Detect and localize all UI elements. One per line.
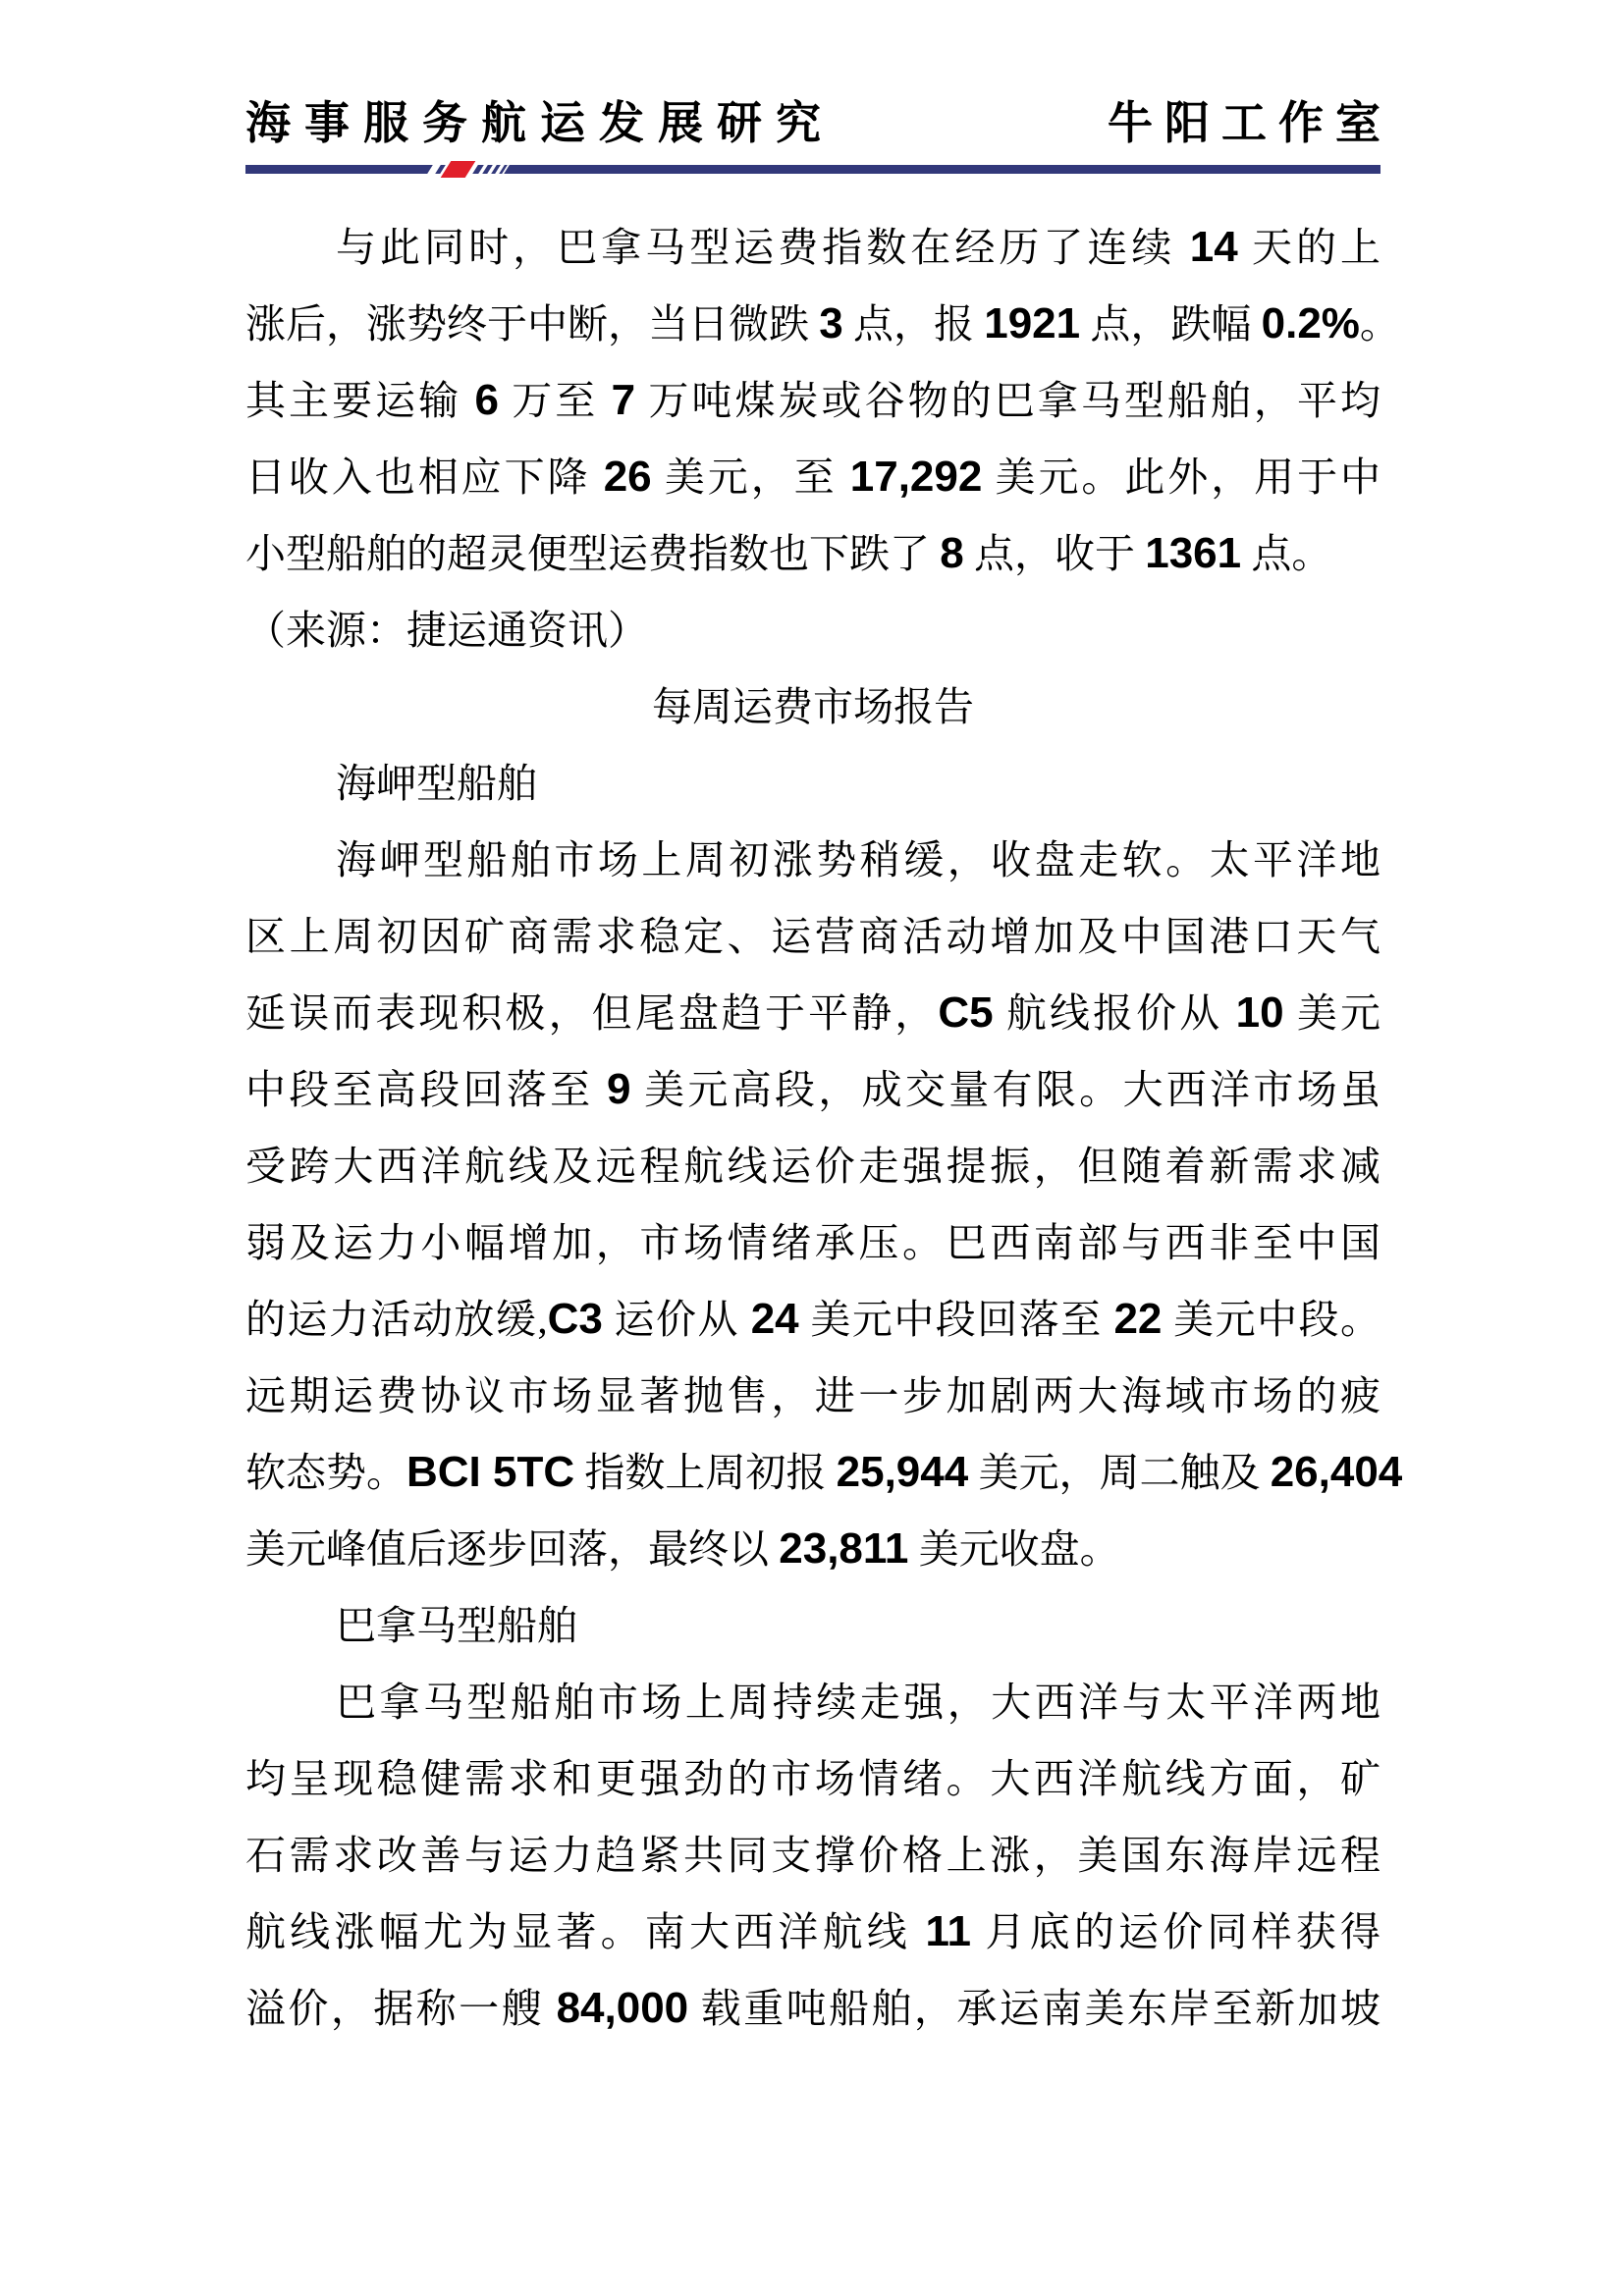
bold-figure: 10 (1236, 988, 1284, 1037)
document-page: 海事服务航运发展研究 牛阳工作室 与此同时，巴拿马型运费指数在经历了连续 14 … (0, 0, 1624, 2296)
text-run: 点，报 (843, 301, 985, 347)
text-run: 美元高段，成交量有限。大西洋市场虽 (631, 1067, 1381, 1112)
paragraph-capesize-line: 远期运费协议市场显著抛售，进一步加剧两大海域市场的疲 (245, 1358, 1380, 1434)
paragraph-capesize-line: 的运力活动放缓,C3 运价从 24 美元中段回落至 22 美元中段。 (245, 1281, 1380, 1358)
header-title-row: 海事服务航运发展研究 牛阳工作室 (245, 98, 1380, 147)
paragraph-panamax-line: 航线涨幅尤为显著。南大西洋航线 11 月底的运价同样获得 (245, 1894, 1380, 1970)
paragraph-panamax-index-line: 小型船舶的超灵便型运费指数也下跌了 8 点，收于 1361 点。 (245, 515, 1380, 592)
text-run: 点。 (1241, 531, 1331, 576)
text-run: 溢价，据称一艘 (245, 1986, 557, 2031)
text-run: 小型船舶的超灵便型运费指数也下跌了 (245, 531, 940, 576)
text-run: 每周运费市场报告 (652, 684, 974, 729)
text-run: 海岬型船舶市场上周初涨势稍缓，收盘走软。太平洋地 (336, 837, 1380, 882)
bold-figure: 6 (474, 376, 498, 424)
text-run: 点，收于 (964, 531, 1146, 576)
text-run: 美元中段。 (1162, 1297, 1380, 1342)
text-run: 运价从 (603, 1297, 751, 1342)
bold-figure: 24 (751, 1295, 799, 1343)
bold-figure: 7 (612, 376, 635, 424)
report-title-line: 每周运费市场报告 (245, 668, 1380, 745)
text-run: 巴拿马型船舶 (336, 1603, 577, 1648)
text-run: 受跨大西洋航线及远程航线运价走强提振，但随着新需求减 (245, 1144, 1380, 1189)
text-run: 天的上 (1238, 225, 1380, 270)
paragraph-panamax-line: 均呈现稳健需求和更强劲的市场情绪。大西洋航线方面，矿 (245, 1740, 1380, 1817)
text-run: 的运力活动放缓, (245, 1297, 548, 1342)
paragraph-capesize-line: 受跨大西洋航线及远程航线运价走强提振，但随着新需求减 (245, 1128, 1380, 1204)
text-run: 海岬型船舶 (336, 761, 537, 806)
bold-figure: 22 (1113, 1295, 1162, 1343)
paragraph-panamax-index-line: 其主要运输 6 万至 7 万吨煤炭或谷物的巴拿马型船舶，平均 (245, 362, 1380, 439)
text-run: 巴拿马型船舶市场上周持续走强，大西洋与太平洋两地 (336, 1680, 1380, 1725)
text-run: 航线报价从 (994, 990, 1236, 1036)
text-run: 月底的运价同样获得 (971, 1909, 1380, 1954)
text-run: 其主要运输 (245, 378, 474, 423)
paragraph-panamax-index-line: 涨后，涨势终于中断，当日微跌 3 点，报 1921 点，跌幅 0.2%。 (245, 286, 1380, 362)
paragraph-panamax-index-line: 与此同时，巴拿马型运费指数在经历了连续 14 天的上 (245, 209, 1380, 286)
bold-figure: 3 (819, 299, 842, 347)
bold-figure: 9 (607, 1065, 630, 1113)
header-title-left: 海事服务航运发展研究 (245, 98, 835, 147)
text-run: 软态势。 (245, 1450, 406, 1495)
text-run: 区上周初因矿商需求稳定、运营商活动增加及中国港口天气 (245, 914, 1380, 959)
paragraph-panamax-index-line: 日收入也相应下降 26 美元，至 17,292 美元。此外，用于中 (245, 439, 1380, 515)
text-run: 涨后，涨势终于中断，当日微跌 (245, 301, 819, 347)
text-run: 远期运费协议市场显著抛售，进一步加剧两大海域市场的疲 (245, 1373, 1380, 1418)
paragraph-panamax-line: 溢价，据称一艘 84,000 载重吨船舶，承运南美东岸至新加坡 (245, 1970, 1380, 2047)
text-run: 美元收盘。 (908, 1526, 1119, 1572)
bold-figure: 26,404 (1271, 1448, 1403, 1496)
text-run: 。 (1360, 301, 1400, 347)
bold-figure: 11 (925, 1907, 971, 1955)
bold-figure: 23,811 (779, 1524, 908, 1573)
page-header: 海事服务航运发展研究 牛阳工作室 (245, 98, 1380, 174)
text-run: 指数上周初报 (574, 1450, 837, 1495)
text-run: 美元中段回落至 (799, 1297, 1114, 1342)
text-run: 万至 (499, 378, 612, 423)
text-run: 石需求改善与运力趋紧共同支撑价格上涨，美国东海岸远程 (245, 1833, 1380, 1878)
bold-figure: C3 (548, 1295, 603, 1343)
text-run: 美元，至 (652, 454, 850, 500)
text-run: 美元，周二触及 (968, 1450, 1271, 1495)
text-run: 美元。此外，用于中 (982, 454, 1380, 500)
text-run: 万吨煤炭或谷物的巴拿马型船舶，平均 (635, 378, 1380, 423)
text-run: （来源：捷运通资讯） (245, 608, 648, 653)
text-run: 航线涨幅尤为显著。南大西洋航线 (245, 1909, 925, 1954)
bold-figure: C5 (938, 988, 993, 1037)
paragraph-capesize-line: 软态势。BCI 5TC 指数上周初报 25,944 美元，周二触及 26,404 (245, 1434, 1380, 1511)
paragraph-capesize-line: 海岬型船舶市场上周初涨势稍缓，收盘走软。太平洋地 (245, 822, 1380, 898)
paragraph-capesize-line: 美元峰值后逐步回落，最终以 23,811 美元收盘。 (245, 1511, 1380, 1587)
paragraph-panamax-line: 石需求改善与运力趋紧共同支撑价格上涨，美国东海岸远程 (245, 1817, 1380, 1894)
text-run: 与此同时，巴拿马型运费指数在经历了连续 (336, 225, 1190, 270)
paragraph-capesize-line: 延误而表现积极，但尾盘趋于平静，C5 航线报价从 10 美元 (245, 975, 1380, 1051)
bold-figure: 26 (604, 453, 652, 501)
text-run: 点，跌幅 (1080, 301, 1262, 347)
bold-figure: 84,000 (557, 1984, 689, 2032)
bold-figure: 8 (940, 529, 963, 577)
bold-figure: 1361 (1145, 529, 1241, 577)
text-run: 均呈现稳健需求和更强劲的市场情绪。大西洋航线方面，矿 (245, 1756, 1380, 1801)
bold-figure: BCI 5TC (406, 1448, 574, 1496)
text-run: 弱及运力小幅增加，市场情绪承压。巴西南部与西非至中国 (245, 1220, 1380, 1265)
bold-figure: 17,292 (850, 453, 983, 501)
text-run: 美元峰值后逐步回落，最终以 (245, 1526, 779, 1572)
text-run: 延误而表现积极，但尾盘趋于平静， (245, 990, 938, 1036)
bold-figure: 1921 (984, 299, 1080, 347)
document-body: 与此同时，巴拿马型运费指数在经历了连续 14 天的上涨后，涨势终于中断，当日微跌… (245, 209, 1380, 2047)
bold-figure: 14 (1190, 223, 1238, 271)
source-note-line: （来源：捷运通资讯） (245, 592, 1380, 668)
paragraph-capesize-line: 区上周初因矿商需求稳定、运营商活动增加及中国港口天气 (245, 898, 1380, 975)
paragraph-capesize-line: 中段至高段回落至 9 美元高段，成交量有限。大西洋市场虽 (245, 1051, 1380, 1128)
header-divider-bar (245, 165, 1380, 174)
paragraph-capesize-line: 弱及运力小幅增加，市场情绪承压。巴西南部与西非至中国 (245, 1204, 1380, 1281)
bold-figure: 25,944 (837, 1448, 969, 1496)
text-run: 中段至高段回落至 (245, 1067, 607, 1112)
capesize-heading-line: 海岬型船舶 (245, 745, 1380, 822)
header-title-right: 牛阳工作室 (1108, 98, 1392, 147)
panamax-heading-line: 巴拿马型船舶 (245, 1587, 1380, 1664)
text-run: 日收入也相应下降 (245, 454, 604, 500)
bold-figure: 0.2% (1262, 299, 1360, 347)
text-run: 载重吨船舶，承运南美东岸至新加坡 (688, 1986, 1380, 2031)
paragraph-panamax-line: 巴拿马型船舶市场上周持续走强，大西洋与太平洋两地 (245, 1664, 1380, 1740)
text-run: 美元 (1284, 990, 1380, 1036)
